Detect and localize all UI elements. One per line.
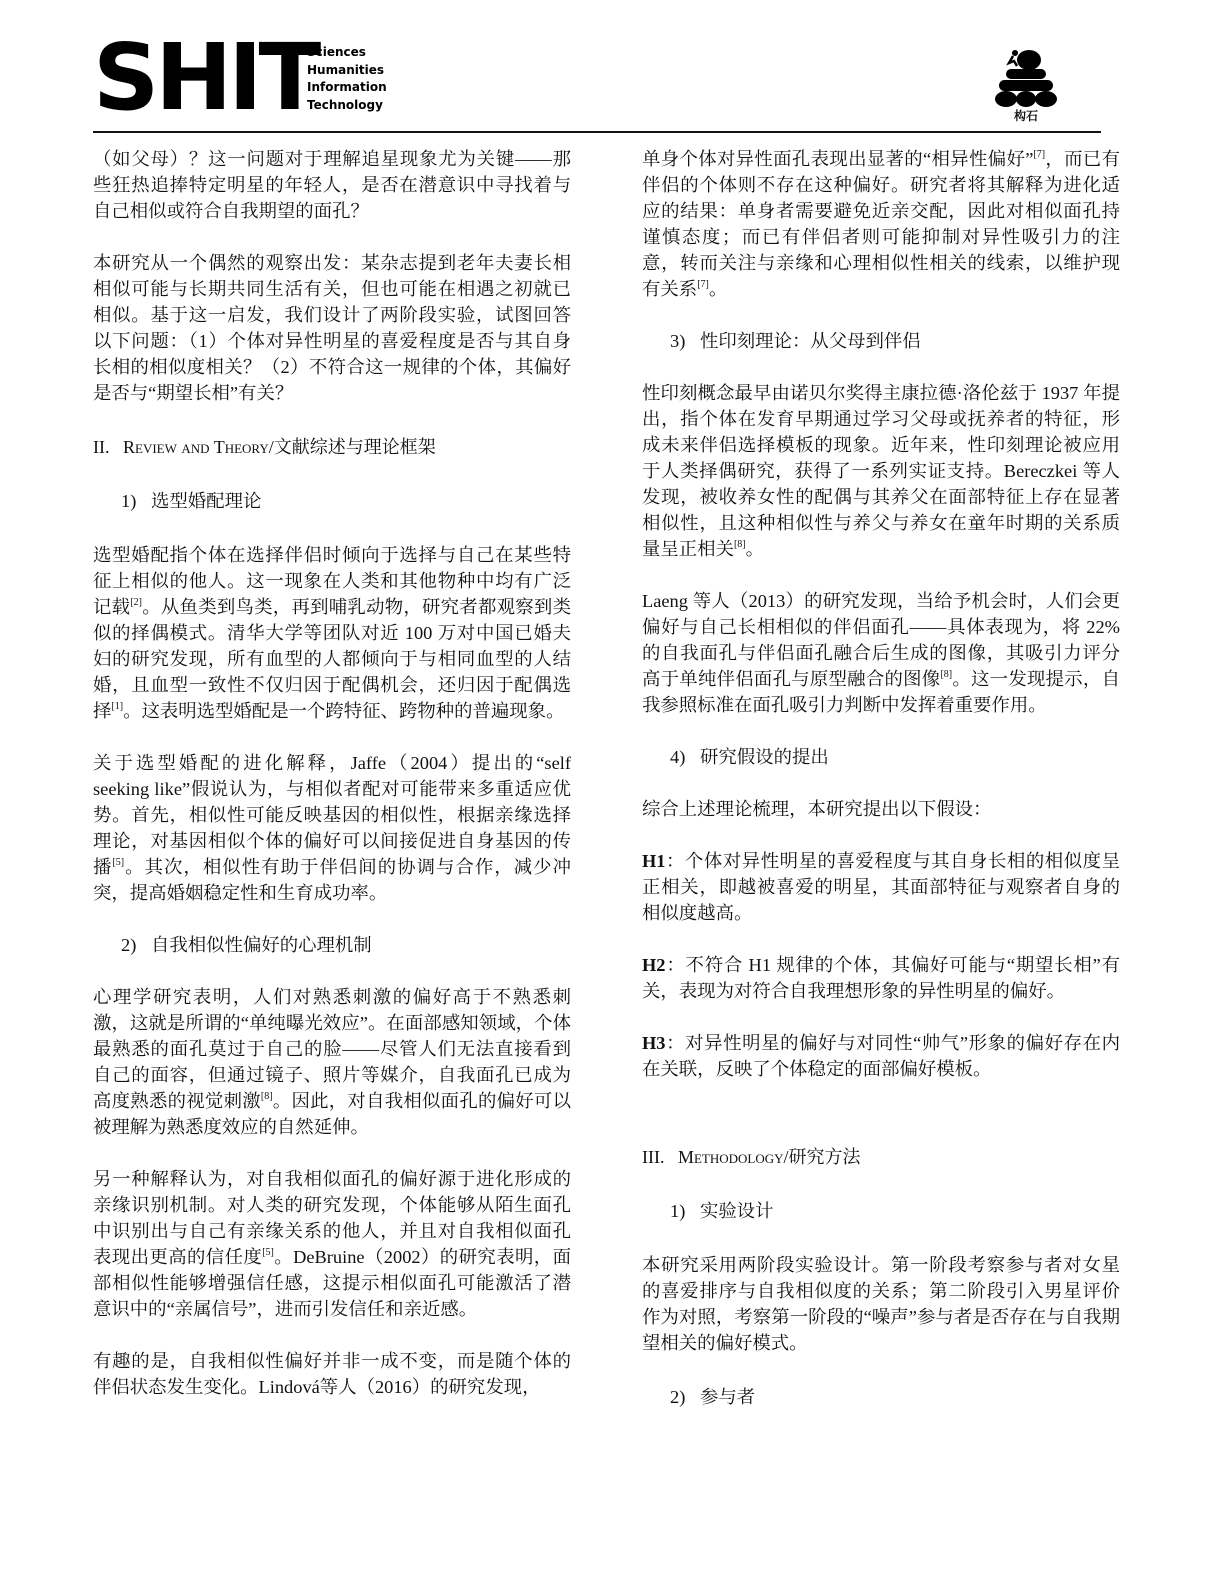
logo-subtitle-line: Sciences: [307, 44, 387, 62]
subsection-heading: 3)性印刻理论：从父母到伴侣: [642, 328, 1120, 354]
page-header: SHIT Sciences Humanities Information Tec…: [93, 40, 1101, 132]
paragraph: 性印刻概念最早由诺贝尔奖得主康拉德·洛伦兹于 1937 年提出，指个体在发育早期…: [642, 380, 1120, 562]
paragraph: 选型婚配指个体在选择伴侣时倾向于选择与自己在某些特征上相似的他人。这一现象在人类…: [93, 542, 571, 724]
citation: [8]: [940, 669, 952, 680]
right-column: 单身个体对异性面孔表现出显著的“相异性偏好”[7]，而已有伴侣的个体则不存在这种…: [642, 146, 1120, 1410]
subsection-heading: 1)实验设计: [642, 1198, 1120, 1224]
section-heading-review: II. Review and Theory/文献综述与理论框架: [93, 434, 571, 460]
left-column: （如父母）？这一问题对于理解追星现象尤为关键——那些狂热追捧特定明星的年轻人，是…: [93, 146, 571, 1400]
hypothesis-h2: H2：不符合 H1 规律的个体，其偏好可能与“期望长相”有关，表现为对符合自我理…: [642, 952, 1120, 1004]
citation: [2]: [130, 597, 142, 608]
journal-logo: SHIT: [93, 38, 317, 118]
section-heading-methodology: III. Methodology/研究方法: [642, 1144, 1120, 1170]
header-divider: [93, 131, 1101, 133]
stone-pile-logo: 构石: [991, 46, 1061, 126]
journal-logo-subtitle: Sciences Humanities Information Technolo…: [307, 44, 387, 114]
paragraph: 本研究采用两阶段实验设计。第一阶段考察参与者对女星的喜爱排序与自我相似度的关系；…: [642, 1252, 1120, 1356]
paragraph: 综合上述理论梳理，本研究提出以下假设：: [642, 796, 1120, 822]
paragraph: 心理学研究表明，人们对熟悉刺激的偏好高于不熟悉刺激，这就是所谓的“单纯曝光效应”…: [93, 984, 571, 1140]
subsection-heading: 4)研究假设的提出: [642, 744, 1120, 770]
logo-subtitle-line: Humanities: [307, 62, 387, 80]
paragraph: 单身个体对异性面孔表现出显著的“相异性偏好”[7]，而已有伴侣的个体则不存在这种…: [642, 146, 1120, 302]
citation: [8]: [734, 539, 746, 550]
subsection-heading: 1)选型婚配理论: [93, 488, 571, 514]
subsection-heading: 2)自我相似性偏好的心理机制: [93, 932, 571, 958]
citation: [7]: [1033, 149, 1045, 160]
citation: [5]: [262, 1247, 274, 1258]
stone-logo-label: 构石: [991, 109, 1061, 123]
logo-subtitle-line: Technology: [307, 97, 387, 115]
paragraph: （如父母）？这一问题对于理解追星现象尤为关键——那些狂热追捧特定明星的年轻人，是…: [93, 146, 571, 224]
paragraph: Laeng 等人（2013）的研究发现，当给予机会时，人们会更偏好与自己长相相似…: [642, 588, 1120, 718]
paragraph: 本研究从一个偶然的观察出发：某杂志提到老年夫妻长相相似可能与长期共同生活有关，但…: [93, 250, 571, 406]
citation: [5]: [112, 857, 124, 868]
subsection-heading: 2)参与者: [642, 1384, 1120, 1410]
hypothesis-h1: H1：个体对异性明星的喜爱程度与其自身长相的相似度呈正相关，即越被喜爱的明星，其…: [642, 848, 1120, 926]
citation: [1]: [111, 701, 123, 712]
stone-pile-icon: [993, 46, 1059, 108]
citation: [7]: [697, 279, 709, 290]
paragraph: 另一种解释认为，对自我相似面孔的偏好源于进化形成的亲缘识别机制。对人类的研究发现…: [93, 1166, 571, 1322]
citation: [8]: [261, 1091, 273, 1102]
paragraph: 有趣的是，自我相似性偏好并非一成不变，而是随个体的伴侣状态发生变化。Lindov…: [93, 1348, 571, 1400]
hypothesis-h3: H3：对异性明星的偏好与对同性“帅气”形象的偏好存在内在关联，反映了个体稳定的面…: [642, 1030, 1120, 1082]
paragraph: 关于选型婚配的进化解释，Jaffe（2004）提出的“self seeking …: [93, 750, 571, 906]
logo-subtitle-line: Information: [307, 79, 387, 97]
